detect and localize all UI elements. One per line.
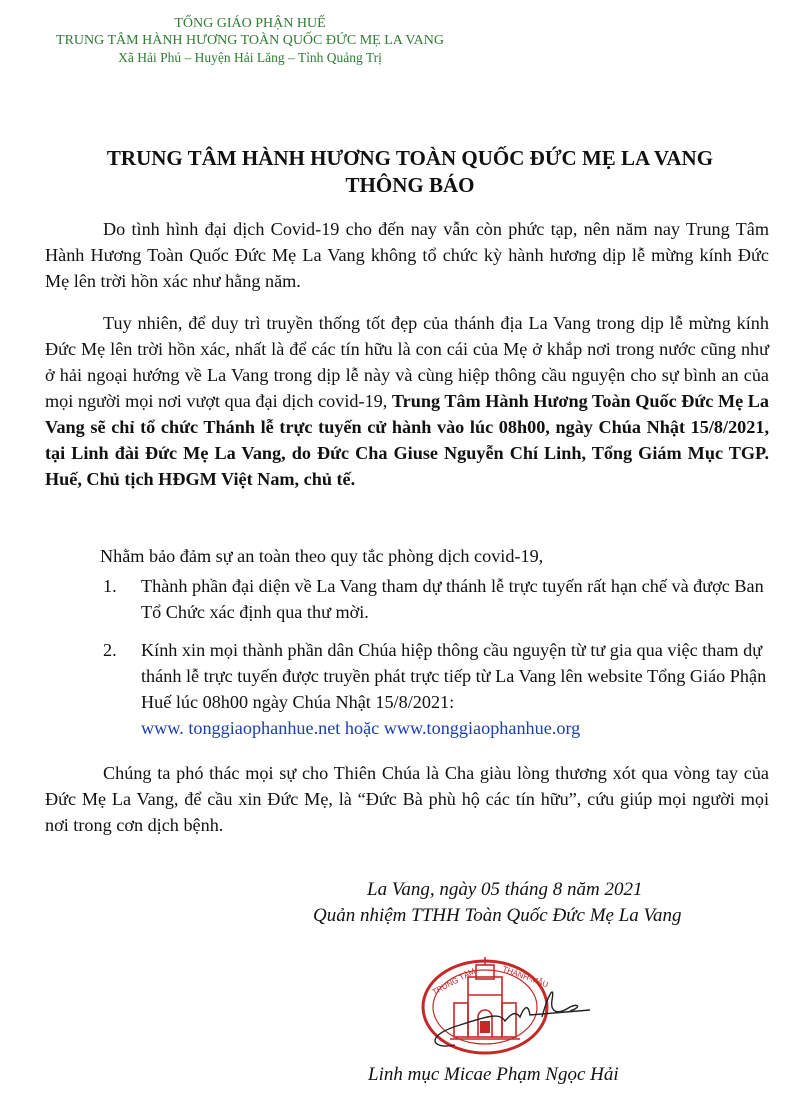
signatory-name: Linh mục Micae Phạm Ngọc Hải <box>368 1062 619 1088</box>
link-connector: hoặc <box>340 718 383 738</box>
document-title: TRUNG TÂM HÀNH HƯƠNG TOÀN QUỐC ĐỨC MẸ LA… <box>40 145 780 172</box>
list-number: 2. <box>103 637 117 663</box>
website-link-net[interactable]: www. tonggiaophanhue.net <box>141 718 340 738</box>
svg-text:THÁNH-MẪU: THÁNH-MẪU <box>501 964 549 989</box>
list-number: 1. <box>103 573 117 599</box>
paragraph-4: Chúng ta phó thác mọi sự cho Thiên Chúa … <box>45 760 769 838</box>
header-diocese: TỔNG GIÁO PHẬN HUẾ <box>0 15 500 32</box>
paragraph-3: Nhằm bảo đảm sự an toàn theo quy tắc phò… <box>100 543 780 569</box>
header-address: Xã Hải Phú – Huyện Hải Lăng – Tỉnh Quảng… <box>0 49 500 66</box>
paragraph-2: Tuy nhiên, để duy trì truyền thống tốt đ… <box>45 310 769 492</box>
svg-text:TRUNG TÂM: TRUNG TÂM <box>431 966 477 996</box>
seal-and-signature-icon: TRUNG TÂM THÁNH-MẪU <box>420 955 595 1060</box>
document-subtitle: THÔNG BÁO <box>40 172 780 199</box>
signature-role: Quản nhiệm TTHH Toàn Quốc Đức Mẹ La Vang <box>313 903 682 929</box>
list-text: Thành phần đại diện về La Vang tham dự t… <box>141 573 771 625</box>
list-text: Kính xin mọi thành phần dân Chúa hiệp th… <box>141 637 771 741</box>
website-link-org[interactable]: www.tonggiaophanhue.org <box>384 718 581 738</box>
list-text-body: Kính xin mọi thành phần dân Chúa hiệp th… <box>141 640 766 712</box>
header-center-name: TRUNG TÂM HÀNH HƯƠNG TOÀN QUỐC ĐỨC MẸ LA… <box>0 32 500 49</box>
signature-place-date: La Vang, ngày 05 tháng 8 năm 2021 <box>367 877 643 903</box>
paragraph-1: Do tình hình đại dịch Covid-19 cho đến n… <box>45 216 769 294</box>
